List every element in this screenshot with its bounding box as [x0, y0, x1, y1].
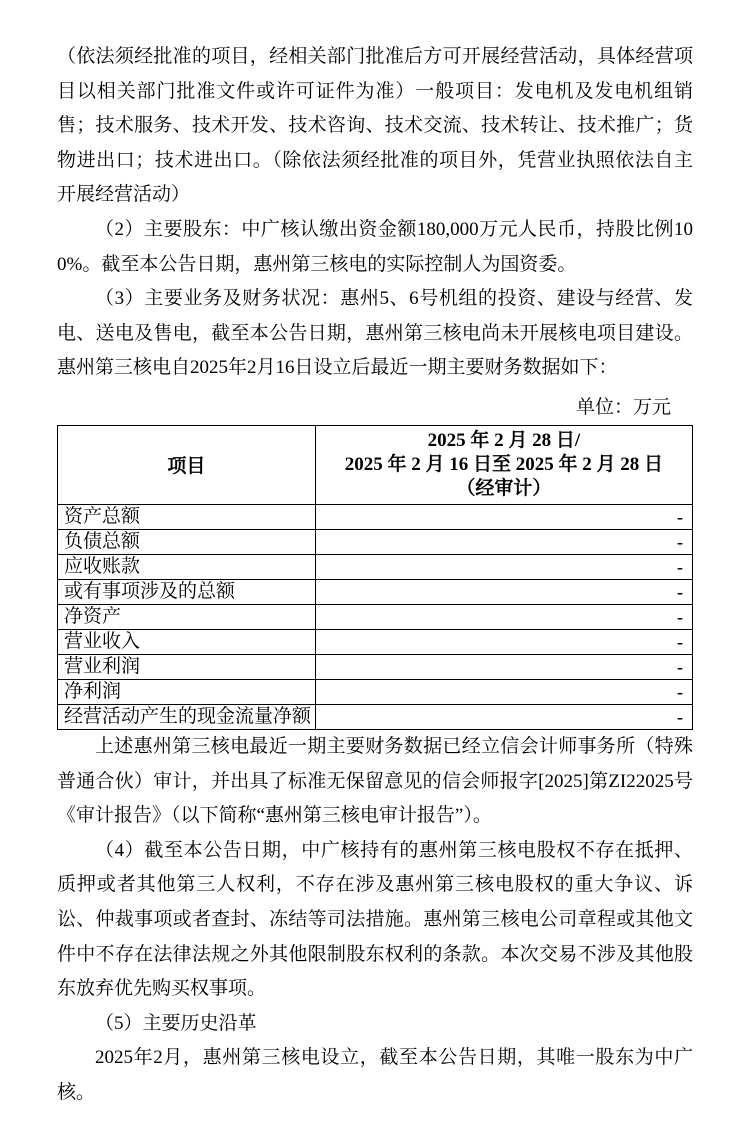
table-header-row: 项目 2025 年 2 月 28 日/ 2025 年 2 月 16 日至 202… — [58, 425, 693, 504]
document-page: （依法须经批准的项目，经相关部门批准后方可开展经营活动，具体经营项目以相关部门批… — [0, 0, 750, 1128]
table-row: 净利润 - — [58, 679, 693, 704]
row-label-net-assets: 净资产 — [58, 604, 316, 629]
row-label-operating-profit: 营业利润 — [58, 654, 316, 679]
row-value-operating-revenue: - — [315, 629, 692, 654]
row-value-contingencies: - — [315, 579, 692, 604]
financial-table: 项目 2025 年 2 月 28 日/ 2025 年 2 月 16 日至 202… — [57, 425, 693, 730]
row-value-net-profit: - — [315, 679, 692, 704]
paragraph-history: 2025年2月，惠州第三核电设立，截至本公告日期，其唯一股东为中广核。 — [57, 1041, 693, 1110]
row-value-total-assets: - — [315, 504, 692, 529]
paragraph-shareholder: （2）主要股东：中广核认缴出资金额180,000万元人民币，持股比例100%。截… — [57, 213, 693, 282]
paragraph-equity: （4）截至本公告日期，中广核持有的惠州第三核电股权不存在抵押、质押或者其他第三人… — [57, 834, 693, 1007]
paragraph-business-finance: （3）主要业务及财务状况：惠州5、6号机组的投资、建设与经营、发电、送电及售电，… — [57, 282, 693, 386]
table-row: 营业利润 - — [58, 654, 693, 679]
row-value-net-assets: - — [315, 604, 692, 629]
row-label-accounts-receivable: 应收账款 — [58, 554, 316, 579]
unit-note: 单位：万元 — [57, 395, 693, 421]
row-label-operating-revenue: 营业收入 — [58, 629, 316, 654]
table-row: 净资产 - — [58, 604, 693, 629]
row-label-net-profit: 净利润 — [58, 679, 316, 704]
paragraph-business-scope: （依法须经批准的项目，经相关部门批准后方可开展经营活动，具体经营项目以相关部门批… — [57, 40, 693, 213]
table-row: 负债总额 - — [58, 529, 693, 554]
row-value-operating-profit: - — [315, 654, 692, 679]
table-header-period: 2025 年 2 月 28 日/ 2025 年 2 月 16 日至 2025 年… — [315, 425, 692, 504]
row-value-operating-cash-flow: - — [315, 704, 692, 729]
row-label-contingencies: 或有事项涉及的总额 — [58, 579, 316, 604]
table-row: 经营活动产生的现金流量净额 - — [58, 704, 693, 729]
table-row: 资产总额 - — [58, 504, 693, 529]
paragraph-audit: 上述惠州第三核电最近一期主要财务数据已经立信会计师事务所（特殊普通合伙）审计，并… — [57, 730, 693, 834]
row-value-accounts-receivable: - — [315, 554, 692, 579]
row-label-total-assets: 资产总额 — [58, 504, 316, 529]
table-row: 应收账款 - — [58, 554, 693, 579]
row-label-operating-cash-flow: 经营活动产生的现金流量净额 — [58, 704, 316, 729]
table-row: 营业收入 - — [58, 629, 693, 654]
paragraph-history-heading: （5）主要历史沿革 — [57, 1007, 693, 1042]
table-header-item: 项目 — [58, 425, 316, 504]
row-value-total-liabilities: - — [315, 529, 692, 554]
row-label-total-liabilities: 负债总额 — [58, 529, 316, 554]
table-row: 或有事项涉及的总额 - — [58, 579, 693, 604]
